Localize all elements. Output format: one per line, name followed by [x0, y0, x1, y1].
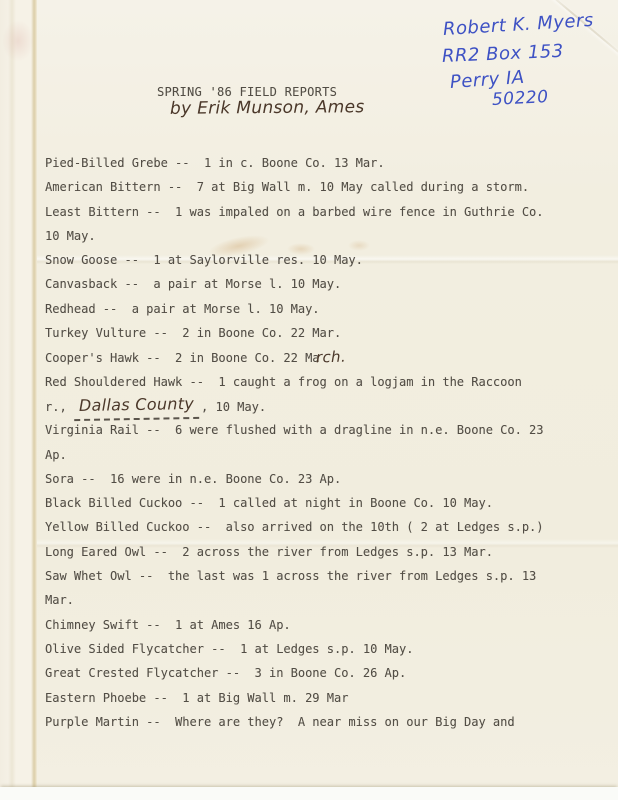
- typed-text: 10 May.: [45, 229, 96, 243]
- address-line-street: RR2 Box 153: [442, 41, 565, 67]
- typed-text: Virginia Rail -- 6 were flushed with a d…: [45, 423, 544, 437]
- typed-text: Snow Goose -- 1 at Saylorville res. 10 M…: [45, 253, 363, 267]
- report-line: Cooper's Hawk -- 2 in Boone Co. 22 March…: [45, 345, 610, 369]
- address-line-name: Robert K. Myers: [442, 10, 594, 40]
- typed-text: r.,: [45, 400, 74, 414]
- report-line: Red Shouldered Hawk -- 1 caught a frog o…: [45, 370, 610, 394]
- handwritten-annotation: rch.: [315, 345, 346, 370]
- typed-text: Pied-Billed Grebe -- 1 in c. Boone Co. 1…: [45, 156, 385, 170]
- typed-text: Chimney Swift -- 1 at Ames 16 Ap.: [45, 618, 291, 632]
- report-line: Ap.: [45, 443, 610, 467]
- typed-text: Redhead -- a pair at Morse l. 10 May.: [45, 302, 320, 316]
- report-line: Great Crested Flycatcher -- 3 in Boone C…: [45, 661, 610, 685]
- typed-text: Yellow Billed Cuckoo -- also arrived on …: [45, 520, 544, 534]
- scan-bottom-edge: [0, 787, 618, 800]
- report-line: Virginia Rail -- 6 were flushed with a d…: [45, 418, 610, 442]
- report-line: Yellow Billed Cuckoo -- also arrived on …: [45, 515, 610, 539]
- typed-text: Sora -- 16 were in n.e. Boone Co. 23 Ap.: [45, 472, 341, 486]
- report-line: r., Dallas County, 10 May.: [45, 394, 610, 418]
- report-line: Turkey Vulture -- 2 in Boone Co. 22 Mar.: [45, 321, 610, 345]
- document-byline: by Erik Munson, Ames: [170, 97, 365, 119]
- address-line-zip: 50220: [491, 87, 549, 110]
- typed-text: Eastern Phoebe -- 1 at Big Wall m. 29 Ma…: [45, 691, 348, 705]
- report-line: 10 May.: [45, 224, 610, 248]
- typed-text: Purple Martin -- Where are they? A near …: [45, 715, 515, 729]
- field-report-body: Pied-Billed Grebe -- 1 in c. Boone Co. 1…: [45, 151, 610, 734]
- typed-text: Turkey Vulture -- 2 in Boone Co. 22 Mar.: [45, 326, 341, 340]
- report-line: American Bittern -- 7 at Big Wall m. 10 …: [45, 175, 610, 199]
- report-line: Least Bittern -- 1 was impaled on a barb…: [45, 200, 610, 224]
- typed-text: Olive Sided Flycatcher -- 1 at Ledges s.…: [45, 642, 413, 656]
- typed-text: Saw Whet Owl -- the last was 1 across th…: [45, 569, 536, 583]
- typed-text: Black Billed Cuckoo -- 1 called at night…: [45, 496, 493, 510]
- typed-text: Ap.: [45, 448, 67, 462]
- report-line: Black Billed Cuckoo -- 1 called at night…: [45, 491, 610, 515]
- report-line: Purple Martin -- Where are they? A near …: [45, 710, 610, 734]
- report-line: Snow Goose -- 1 at Saylorville res. 10 M…: [45, 248, 610, 272]
- report-line: Chimney Swift -- 1 at Ames 16 Ap.: [45, 613, 610, 637]
- typed-text: Long Eared Owl -- 2 across the river fro…: [45, 545, 493, 559]
- scanned-letter-page: Robert K. Myers RR2 Box 153 Perry IA 502…: [0, 0, 618, 800]
- report-line: Canvasback -- a pair at Morse l. 10 May.: [45, 272, 610, 296]
- typed-text: Mar.: [45, 593, 74, 607]
- handwritten-annotation: Dallas County: [74, 392, 200, 421]
- typed-text: Canvasback -- a pair at Morse l. 10 May.: [45, 277, 341, 291]
- typed-text: Red Shouldered Hawk -- 1 caught a frog o…: [45, 375, 522, 389]
- report-line: Mar.: [45, 588, 610, 612]
- report-line: Olive Sided Flycatcher -- 1 at Ledges s.…: [45, 637, 610, 661]
- report-line: Long Eared Owl -- 2 across the river fro…: [45, 540, 610, 564]
- typed-text: Great Crested Flycatcher -- 3 in Boone C…: [45, 666, 406, 680]
- report-line: Saw Whet Owl -- the last was 1 across th…: [45, 564, 610, 588]
- typed-text: Least Bittern -- 1 was impaled on a barb…: [45, 205, 544, 219]
- report-line: Redhead -- a pair at Morse l. 10 May.: [45, 297, 610, 321]
- report-line: Eastern Phoebe -- 1 at Big Wall m. 29 Ma…: [45, 686, 610, 710]
- typed-text: , 10 May.: [201, 400, 266, 414]
- report-line: Pied-Billed Grebe -- 1 in c. Boone Co. 1…: [45, 151, 610, 175]
- typed-text: American Bittern -- 7 at Big Wall m. 10 …: [45, 180, 529, 194]
- report-line: Sora -- 16 were in n.e. Boone Co. 23 Ap.: [45, 467, 610, 491]
- typed-text: Cooper's Hawk -- 2 in Boone Co. 22 Ma: [45, 351, 320, 365]
